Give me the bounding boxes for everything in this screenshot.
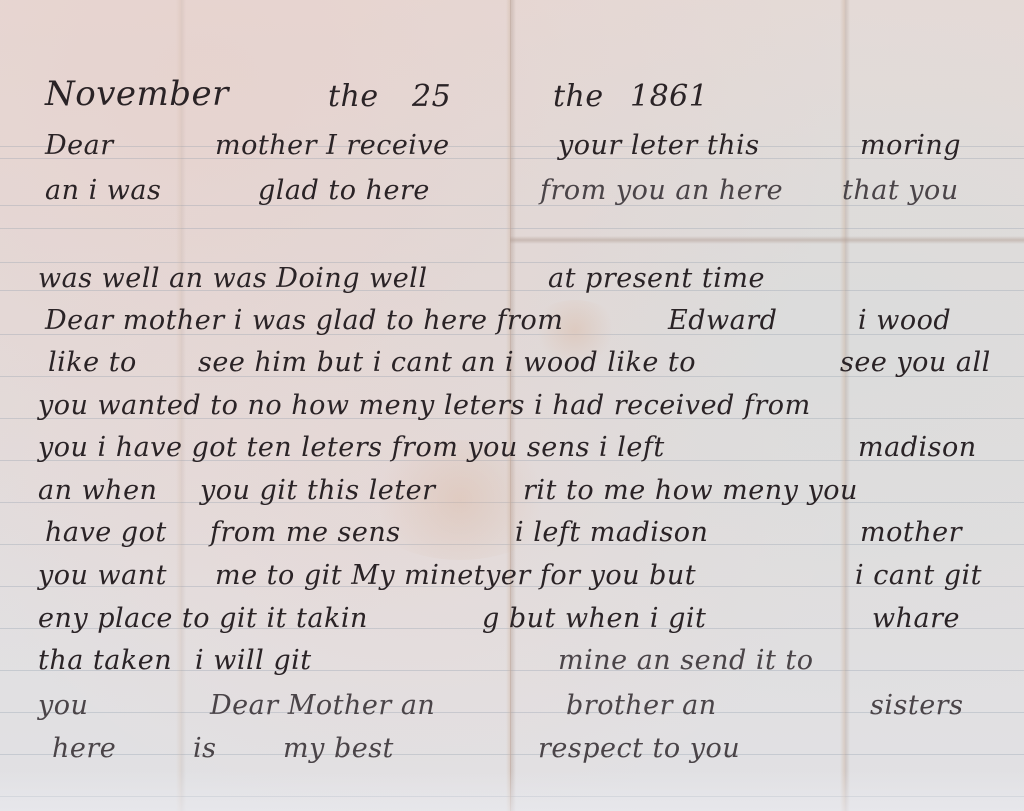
handwritten-word: that you bbox=[842, 175, 959, 206]
handwritten-word: Edward bbox=[668, 305, 777, 336]
handwritten-word: 25 bbox=[412, 79, 451, 114]
handwritten-word: an i was bbox=[45, 175, 161, 206]
letter-line: was well an was Doing well at present ti… bbox=[0, 258, 1024, 298]
handwritten-word: me to git My minetyer for you but bbox=[215, 560, 696, 591]
handwritten-word: you wanted to no how meny leters i had r… bbox=[38, 390, 811, 421]
letter-line: like to see him but i cant an i wood lik… bbox=[0, 342, 1024, 382]
letter-line: eny place to git it takin g but when i g… bbox=[0, 598, 1024, 638]
handwritten-word: 1861 bbox=[630, 79, 708, 114]
letter-line: have got from me sens i left madison mot… bbox=[0, 512, 1024, 552]
letter-line: you Dear Mother an brother an sisters bbox=[0, 685, 1024, 725]
handwritten-word: tha taken bbox=[38, 645, 172, 676]
handwritten-word: i cant git bbox=[855, 560, 982, 591]
handwritten-word: like to bbox=[48, 347, 137, 378]
letter-line: tha taken i will git mine an send it to bbox=[0, 640, 1024, 680]
handwritten-word: November bbox=[45, 74, 229, 114]
handwritten-word: i left madison bbox=[515, 517, 708, 548]
handwritten-word: mother I receive bbox=[215, 130, 450, 161]
letter-page: November the 25 the 1861 Dear mother I r… bbox=[0, 0, 1024, 811]
letter-line: you want me to git My minetyer for you b… bbox=[0, 555, 1024, 595]
handwritten-word: eny place to git it takin bbox=[38, 603, 368, 634]
handwritten-word: you git this leter bbox=[200, 475, 436, 506]
handwritten-word: mother bbox=[860, 517, 962, 548]
letter-line-date: November the 25 the 1861 bbox=[0, 78, 1024, 118]
handwritten-word: you want bbox=[38, 560, 167, 591]
handwritten-word: respect to you bbox=[538, 733, 740, 764]
handwritten-word: Dear Mother an bbox=[210, 690, 435, 721]
handwritten-word: an when bbox=[38, 475, 157, 506]
handwritten-word: rit to me how meny you bbox=[523, 475, 858, 506]
fold-crease-horizontal bbox=[510, 236, 1024, 244]
handwritten-word: i will git bbox=[195, 645, 312, 676]
handwritten-word: you i have got ten leters from you sens … bbox=[38, 432, 665, 463]
letter-line: you i have got ten leters from you sens … bbox=[0, 427, 1024, 467]
handwritten-word: from you an here bbox=[540, 175, 783, 206]
letter-line: Dear mother i was glad to here from Edwa… bbox=[0, 300, 1024, 340]
letter-line: you wanted to no how meny leters i had r… bbox=[0, 385, 1024, 425]
handwritten-word: have got bbox=[45, 517, 167, 548]
handwritten-word: see you all bbox=[840, 347, 991, 378]
handwritten-word: brother an bbox=[566, 690, 717, 721]
letter-line: here is my best respect to you bbox=[0, 728, 1024, 768]
handwritten-word: glad to here bbox=[258, 175, 430, 206]
handwritten-word: the bbox=[553, 79, 604, 114]
handwritten-word: Dear bbox=[45, 130, 114, 161]
handwritten-word: you bbox=[38, 690, 88, 721]
handwritten-word: is bbox=[193, 733, 217, 764]
handwritten-word: madison bbox=[858, 432, 977, 463]
handwritten-word: sisters bbox=[870, 690, 963, 721]
handwritten-word: your leter this bbox=[558, 130, 760, 161]
handwritten-word: Dear mother i was glad to here from bbox=[45, 305, 563, 336]
handwritten-word: see him but i cant an i wood like to bbox=[198, 347, 696, 378]
letter-line: Dear mother I receive your leter this mo… bbox=[0, 125, 1024, 165]
handwritten-word: here bbox=[52, 733, 116, 764]
handwritten-word: at present time bbox=[548, 263, 765, 294]
handwritten-word: my best bbox=[283, 733, 394, 764]
handwritten-word: mine an send it to bbox=[558, 645, 814, 676]
handwritten-word: was well an was Doing well bbox=[38, 263, 427, 294]
handwritten-word: moring bbox=[860, 130, 961, 161]
handwritten-word: whare bbox=[872, 603, 960, 634]
handwritten-word: the bbox=[328, 79, 379, 114]
handwritten-word: i wood bbox=[858, 305, 951, 336]
letter-line: an i was glad to here from you an here t… bbox=[0, 170, 1024, 210]
letter-line: an when you git this leter rit to me how… bbox=[0, 470, 1024, 510]
paper-bottom-edge bbox=[0, 771, 1024, 811]
handwritten-word: from me sens bbox=[210, 517, 401, 548]
handwritten-word: g but when i git bbox=[482, 603, 706, 634]
